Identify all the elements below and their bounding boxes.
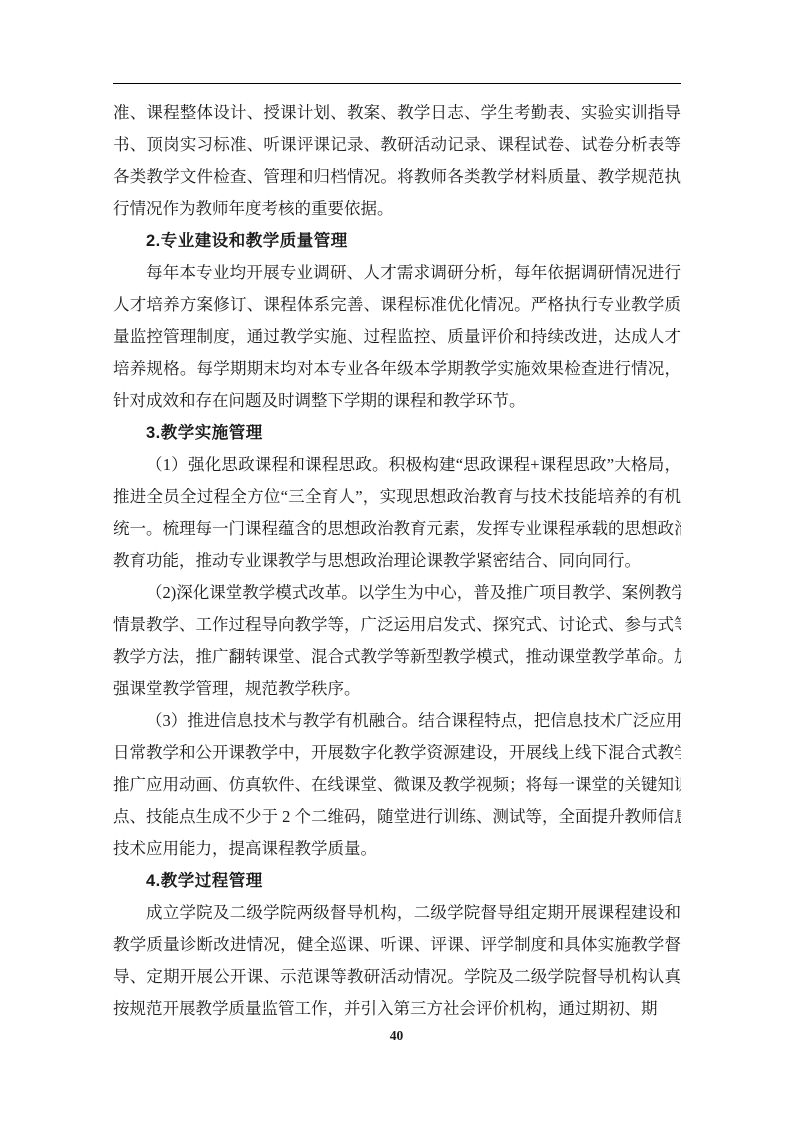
section-heading: 4.教学过程管理 (113, 865, 681, 897)
paragraph-line: 成立学院及二级学院两级督导机构，二级学院督导组定期开展课程建设和 (113, 897, 681, 929)
paragraph-line: （3）推进信息技术与教学有机融合。结合课程特点，把信息技术广泛应用于 (113, 705, 681, 737)
paragraph-line: 推进全员全过程全方位“三全育人”，实现思想政治教育与技术技能培养的有机 (113, 481, 681, 513)
paragraph-line: 培养规格。每学期期末均对本专业各年级本学期教学实施效果检查进行情况， (113, 353, 681, 385)
paragraph-line: 每年本专业均开展专业调研、人才需求调研分析，每年依据调研情况进行 (113, 257, 681, 289)
paragraph-line: 推广应用动画、仿真软件、在线课堂、微课及教学视频；将每一课堂的关键知识 (113, 769, 681, 801)
page-number: 40 (390, 1028, 404, 1043)
paragraph-line: 准、课程整体设计、授课计划、教案、教学日志、学生考勤表、实验实训指导 (113, 97, 681, 129)
paragraph-line: （2)深化课堂教学模式改革。以学生为中心，普及推广项目教学、案例教学、 (113, 577, 681, 609)
paragraph-line: 点、技能点生成不少于 2 个二维码，随堂进行训练、测试等，全面提升教师信息 (113, 801, 681, 833)
document-page: 准、课程整体设计、授课计划、教案、教学日志、学生考勤表、实验实训指导书、顶岗实习… (0, 0, 793, 1122)
paragraph-line: 教育功能，推动专业课教学与思想政治理论课教学紧密结合、同向同行。 (113, 545, 681, 577)
paragraph-line: 按规范开展教学质量监管工作，并引入第三方社会评价机构，通过期初、期 (113, 993, 681, 1025)
paragraph-line: 人才培养方案修订、课程体系完善、课程标准优化情况。严格执行专业教学质 (113, 289, 681, 321)
paragraph-line: 书、顶岗实习标准、听课评课记录、教研活动记录、课程试卷、试卷分析表等 (113, 129, 681, 161)
paragraph-line: 导、定期开展公开课、示范课等教研活动情况。学院及二级学院督导机构认真 (113, 961, 681, 993)
paragraph-line: 技术应用能力，提高课程教学质量。 (113, 833, 681, 865)
paragraph-line: 教学质量诊断改进情况，健全巡课、听课、评课、评学制度和具体实施教学督 (113, 929, 681, 961)
paragraph-line: 统一。梳理每一门课程蕴含的思想政治教育元素，发挥专业课程承载的思想政治 (113, 513, 681, 545)
document-body: 准、课程整体设计、授课计划、教案、教学日志、学生考勤表、实验实训指导书、顶岗实习… (113, 97, 681, 1025)
header-rule (113, 83, 681, 84)
paragraph-line: 量监控管理制度，通过教学实施、过程监控、质量评价和持续改进，达成人才 (113, 321, 681, 353)
section-heading: 3.教学实施管理 (113, 417, 681, 449)
paragraph-line: 行情况作为教师年度考核的重要依据。 (113, 193, 681, 225)
paragraph-line: 针对成效和存在问题及时调整下学期的课程和教学环节。 (113, 385, 681, 417)
paragraph-line: 各类教学文件检查、管理和归档情况。将教师各类教学材料质量、教学规范执 (113, 161, 681, 193)
paragraph-line: （1）强化思政课程和课程思政。积极构建“思政课程+课程思政”大格局， (113, 449, 681, 481)
paragraph-line: 强课堂教学管理，规范教学秩序。 (113, 673, 681, 705)
page-footer: 40 (0, 1027, 793, 1045)
paragraph-line: 日常教学和公开课教学中，开展数字化教学资源建设，开展线上线下混合式教学， (113, 737, 681, 769)
section-heading: 2.专业建设和教学质量管理 (113, 225, 681, 257)
paragraph-line: 教学方法，推广翻转课堂、混合式教学等新型教学模式，推动课堂教学革命。加 (113, 641, 681, 673)
paragraph-line: 情景教学、工作过程导向教学等，广泛运用启发式、探究式、讨论式、参与式等 (113, 609, 681, 641)
